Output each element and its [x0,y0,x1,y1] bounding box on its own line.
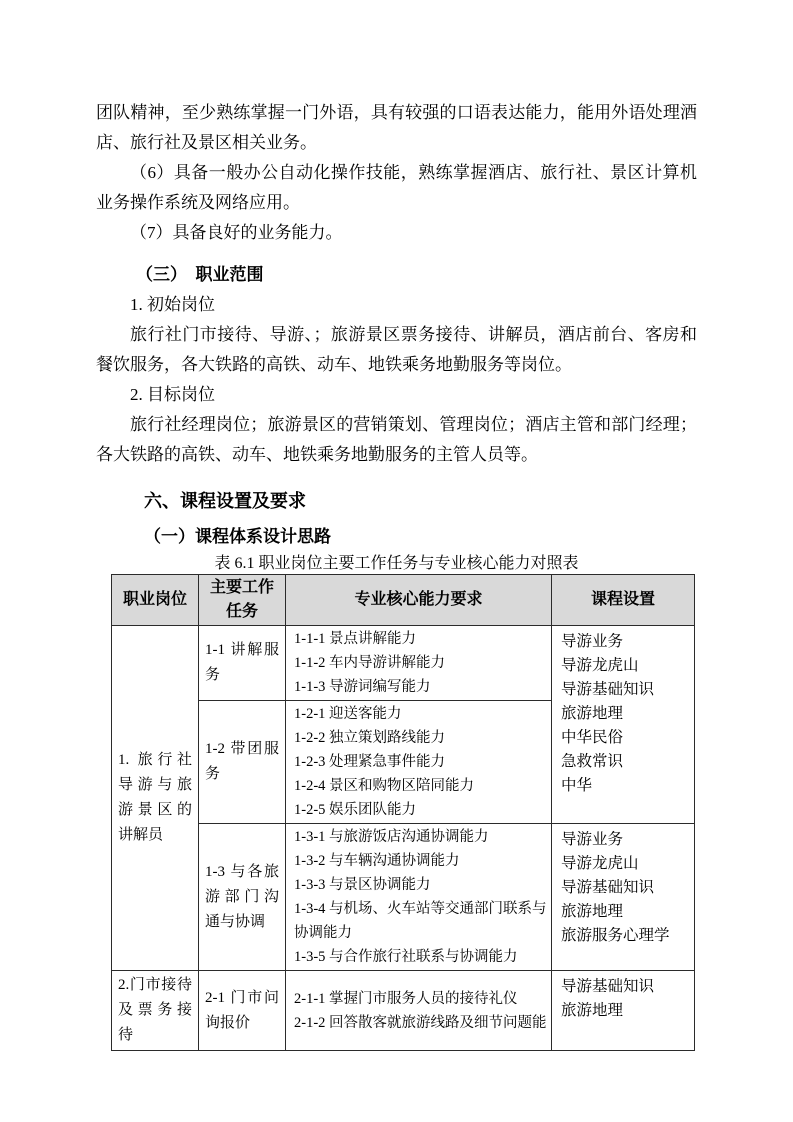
table-row-task-2-1: 2.门市接待及票务接待 2-1 门市问询报价 2-1-1 掌握门市服务人员的接待… [112,971,695,1051]
cell-task-1-1: 1-1 讲解服务 [199,626,286,701]
column-header-job-position: 职业岗位 [112,575,199,626]
cell-job-position-1: 1. 旅行社导游与旅游景区的讲解员 [112,626,199,971]
cell-courses-1-3: 导游业务 导游龙虎山 导游基础知识 旅游地理 旅游服务心理学 [552,824,695,971]
paragraph-target-positions: 旅行社经理岗位；旅游景区的营销策划、管理岗位；酒店主管和部门经理；各大铁路的高铁… [96,410,697,470]
heading-curriculum-design: （一）课程体系设计思路 [96,522,697,552]
cell-job-position-2: 2.门市接待及票务接待 [112,971,199,1051]
heading-course-setup-requirements: 六、课程设置及要求 [96,486,697,516]
job-task-ability-course-table: 职业岗位 主要工作任务 专业核心能力要求 课程设置 1. 旅行社导游与旅游景区的… [111,574,695,1051]
cell-task-1-3: 1-3 与各旅游部门沟通与协调 [199,824,286,971]
table-header-row: 职业岗位 主要工作任务 专业核心能力要求 课程设置 [112,575,695,626]
cell-courses-2-1: 导游基础知识 旅游地理 [552,971,695,1051]
table-caption: 表 6.1 职业岗位主要工作任务与专业核心能力对照表 [96,553,697,574]
table-row-task-1-1: 1. 旅行社导游与旅游景区的讲解员 1-1 讲解服务 1-1-1 景点讲解能力 … [112,626,695,701]
cell-task-2-1: 2-1 门市问询报价 [199,971,286,1051]
document-page: 团队精神，至少熟练掌握一门外语，具有较强的口语表达能力，能用外语处理酒店、旅行社… [0,0,793,1122]
paragraph-item-6: （6）具备一般办公自动化操作技能，熟练掌握酒店、旅行社、景区计算机业务操作系统及… [96,158,697,218]
column-header-core-abilities: 专业核心能力要求 [286,575,552,626]
heading-occupation-scope: （三） 职业范围 [96,260,697,290]
cell-skills-1-3: 1-3-1 与旅游饭店沟通协调能力 1-3-2 与车辆沟通协调能力 1-3-3 … [286,824,552,971]
label-initial-positions: 1. 初始岗位 [96,290,697,320]
cell-skills-2-1: 2-1-1 掌握门市服务人员的接待礼仪 2-1-2 回答散客就旅游线路及细节问题… [286,971,552,1051]
paragraph-team-spirit-continuation: 团队精神，至少熟练掌握一门外语，具有较强的口语表达能力，能用外语处理酒店、旅行社… [96,98,697,158]
column-header-main-tasks: 主要工作任务 [199,575,286,626]
paragraph-initial-positions: 旅行社门市接待、导游、；旅游景区票务接待、讲解员，酒店前台、客房和餐饮服务，各大… [96,320,697,380]
cell-skills-1-2: 1-2-1 迎送客能力 1-2-2 独立策划路线能力 1-2-3 处理紧急事件能… [286,701,552,824]
paragraph-item-7: （7）具备良好的业务能力。 [96,218,697,248]
table-row-task-1-3: 1-3 与各旅游部门沟通与协调 1-3-1 与旅游饭店沟通协调能力 1-3-2 … [112,824,695,971]
column-header-course-setup: 课程设置 [552,575,695,626]
label-target-positions: 2. 目标岗位 [96,380,697,410]
cell-skills-1-1: 1-1-1 景点讲解能力 1-1-2 车内导游讲解能力 1-1-3 导游词编写能… [286,626,552,701]
cell-task-1-2: 1-2 带团服务 [199,701,286,824]
cell-courses-1-1-and-1-2: 导游业务 导游龙虎山 导游基础知识 旅游地理 中华民俗 急救常识 中华 [552,626,695,824]
